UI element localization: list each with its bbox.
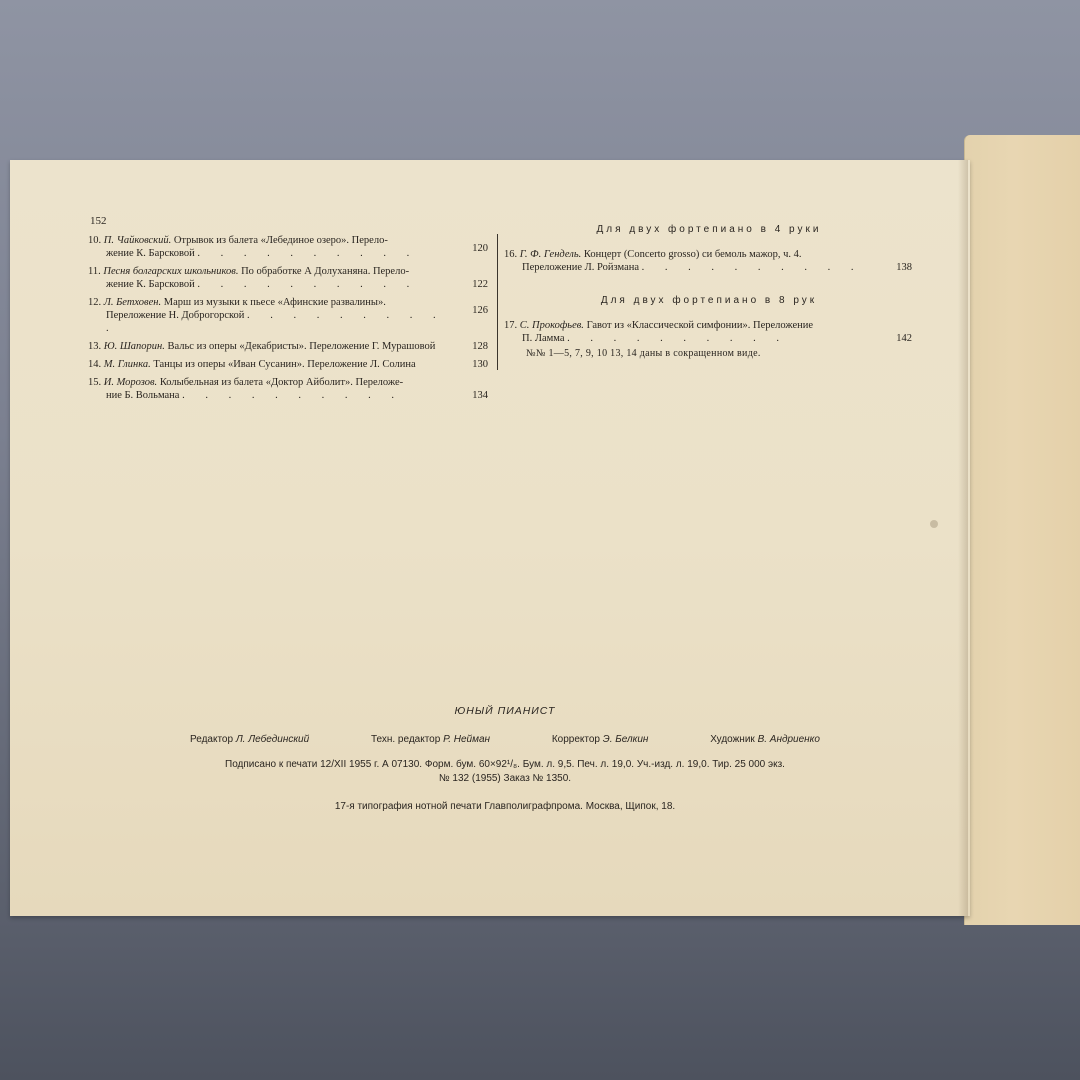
contents-entry-14: 14. М. Глинка. Танцы из оперы «Иван Суса… xyxy=(88,358,490,371)
section-title-4-hands: Для двух фортепиано в 4 руки xyxy=(504,223,914,236)
publication-details: Подписано к печати 12/XII 1955 г. А 0713… xyxy=(180,758,830,786)
credit-artist: Художник В. Андриенко xyxy=(710,734,820,745)
credit-editor: Редактор Л. Лебединский xyxy=(190,734,309,745)
abridged-note: №№ 1—5, 7, 9, 10 13, 14 даны в сокращенн… xyxy=(504,347,914,360)
entry-arranger: П. Ламма xyxy=(522,333,565,344)
entry-number: 14. xyxy=(88,359,101,370)
entry-number: 16. xyxy=(504,249,517,260)
entry-page: 126 xyxy=(472,304,488,317)
entry-author: И. Морозов. xyxy=(104,377,157,388)
contents-entry-17: 17. С. Прокофьев. Гавот из «Классической… xyxy=(504,319,914,345)
contents-entry-10: 10. П. Чайковский. Отрывок из балета «Ле… xyxy=(88,234,490,260)
entry-arranger: Переложение Л. Ройзмана xyxy=(522,262,639,273)
credit-label: Корректор xyxy=(552,734,600,745)
entry-continuation: ние Б. Вольмана . . . . . . . . . . xyxy=(88,389,450,402)
entry-number: 11. xyxy=(88,266,101,277)
entry-continuation: жение К. Барсковой . . . . . . . . . . xyxy=(88,247,450,260)
dot-leader: . . . . . . . . . . xyxy=(642,262,863,273)
page-number: 152 xyxy=(90,215,107,227)
entry-page: 134 xyxy=(472,389,488,402)
contents-entry-12: 12. Л. Бетховен. Марш из музыки к пьесе … xyxy=(88,296,490,335)
entry-title: Марш из музыки к пьесе «Афинские развали… xyxy=(161,297,386,308)
entry-arranger: жение К. Барсковой xyxy=(106,279,195,290)
credit-label: Редактор xyxy=(190,734,233,745)
entry-author: М. Глинка. xyxy=(104,359,151,370)
book-title: ЮНЫЙ ПИАНИСТ xyxy=(180,705,830,717)
credit-label: Художник xyxy=(710,734,755,745)
contents-entry-15: 15. И. Морозов. Колыбельная из балета «Д… xyxy=(88,376,490,402)
dot-leader: . . . . . . . . . . xyxy=(182,390,403,401)
credit-name: Э. Белкин xyxy=(603,734,649,745)
entry-continuation: П. Ламма . . . . . . . . . . xyxy=(504,332,874,345)
entry-title: Танцы из оперы «Иван Сусанин». Переложен… xyxy=(151,359,416,370)
entry-title: По обработке А Долуханяна. Перело- xyxy=(238,266,409,277)
staff-credits: Редактор Л. Лебединский Техн. редактор Р… xyxy=(180,734,830,745)
entry-title: Колыбельная из балета «Доктор Айболит». … xyxy=(157,377,403,388)
dot-leader: . . . . . . . . . . xyxy=(197,248,418,259)
publication-line-1: Подписано к печати 12/XII 1955 г. А 0713… xyxy=(180,758,830,772)
entry-page: 128 xyxy=(472,340,488,353)
dot-leader: . . . . . . . . . . xyxy=(567,333,788,344)
entry-title: Концерт (Concerto grosso) си бемоль мажо… xyxy=(581,249,801,260)
credit-tech-editor: Техн. редактор Р. Нейман xyxy=(371,734,490,745)
entry-number: 10. xyxy=(88,235,101,246)
colophon: ЮНЫЙ ПИАНИСТ Редактор Л. Лебединский Тех… xyxy=(180,705,830,812)
entry-continuation: Переложение Н. Доброгорской . . . . . . … xyxy=(88,309,450,335)
entry-page: 130 xyxy=(472,358,488,371)
contents-right-column: Для двух фортепиано в 4 руки 16. Г. Ф. Г… xyxy=(504,223,914,360)
entry-page: 142 xyxy=(896,332,912,345)
entry-author: Л. Бетховен. xyxy=(104,297,161,308)
publication-line-2: № 132 (1955) Заказ № 1350. xyxy=(180,772,830,786)
entry-author: Г. Ф. Гендель. xyxy=(520,249,581,260)
paper-speck xyxy=(930,520,938,528)
entry-title: Вальс из оперы «Декабристы». Переложение… xyxy=(165,341,436,352)
entry-number: 12. xyxy=(88,297,101,308)
entry-continuation: Переложение Л. Ройзмана . . . . . . . . … xyxy=(504,261,874,274)
entry-page: 120 xyxy=(472,242,488,255)
contents-entry-11: 11. Песня болгарских школьников. По обра… xyxy=(88,265,490,291)
entry-title: Гавот из «Классической симфонии». Перело… xyxy=(584,320,813,331)
credit-name: В. Андриенко xyxy=(758,734,820,745)
entry-author: Песня болгарских школьников. xyxy=(103,266,238,277)
entry-continuation: жение К. Барсковой . . . . . . . . . . xyxy=(88,278,450,291)
right-page xyxy=(964,135,1080,925)
book-gutter xyxy=(958,160,968,916)
entry-number: 17. xyxy=(504,320,517,331)
contents-entry-13: 13. Ю. Шапорин. Вальс из оперы «Декабрис… xyxy=(88,340,490,353)
entry-title: Отрывок из балета «Лебединое озеро». Пер… xyxy=(171,235,388,246)
contents-left-column: 10. П. Чайковский. Отрывок из балета «Ле… xyxy=(88,234,490,407)
dot-leader: . . . . . . . . . . xyxy=(197,279,418,290)
credit-name: Р. Нейман xyxy=(443,734,490,745)
entry-author: С. Прокофьев. xyxy=(520,320,584,331)
entry-arranger: ние Б. Вольмана xyxy=(106,390,179,401)
entry-number: 15. xyxy=(88,377,101,388)
contents-entry-16: 16. Г. Ф. Гендель. Концерт (Concerto gro… xyxy=(504,248,914,274)
entry-author: Ю. Шапорин. xyxy=(104,341,165,352)
entry-number: 13. xyxy=(88,341,101,352)
entry-arranger: жение К. Барсковой xyxy=(106,248,195,259)
entry-page: 138 xyxy=(896,261,912,274)
entry-page: 122 xyxy=(472,278,488,291)
printer-info: 17-я типография нотной печати Главполигр… xyxy=(180,801,830,812)
credit-label: Техн. редактор xyxy=(371,734,440,745)
entry-author: П. Чайковский. xyxy=(104,235,171,246)
section-title-8-hands: Для двух фортепиано в 8 рук xyxy=(504,294,914,307)
credit-corrector: Корректор Э. Белкин xyxy=(552,734,649,745)
credit-name: Л. Лебединский xyxy=(236,734,309,745)
column-divider xyxy=(497,234,498,370)
entry-arranger: Переложение Н. Доброгорской xyxy=(106,310,244,321)
